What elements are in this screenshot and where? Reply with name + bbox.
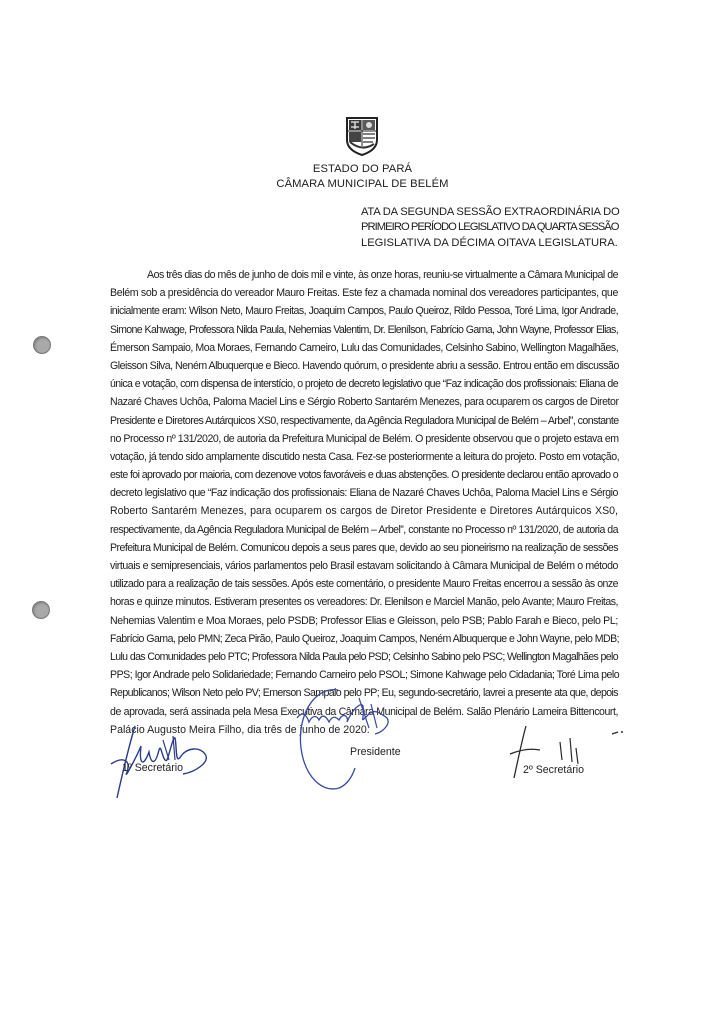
body-line: este foi aprovado por maioria, com dezen… [110,466,618,484]
body-line: respectivamente, da Agência Reguladora M… [110,521,618,539]
president-label: Presidente [350,746,401,758]
body-line: Émerson Sampaio, Moa Moraes, Fernando Ca… [110,339,618,357]
body-line: Lulu das Comunidades pelo PTC; Professor… [110,648,618,666]
body-line: Gleisson Silva, Neném Albuquerque e Biec… [110,357,618,375]
body-line: decreto legislativo que “Faz indicação d… [110,484,618,502]
body-line: virtuais e semipresenciais, vários parla… [110,557,618,575]
body-line: PPS; Igor Andrade pelo Solidariedade; Fe… [110,666,618,684]
body-line: utilizado para a realização de tais sess… [110,575,618,593]
title-line: LEGISLATIVA DA DÉCIMA OITAVA LEGISLATURA… [361,236,618,251]
body-line: Prefeitura Municipal de Belém. Comunicou… [110,539,618,557]
binder-hole-top [33,336,51,354]
body-line: Nazaré Chaves Uchôa, Paloma Maciel Lins … [110,393,618,411]
body-line: horas e quinze minutos. Estiveram presen… [110,593,618,611]
binder-hole-bottom [32,601,50,619]
second-secretary-label: 2º Secretário [523,764,584,776]
body-line: Simone Kahwage, Professora Nilda Paula, … [110,321,618,339]
coat-of-arms-icon [345,116,379,156]
body-line: no Processo nº 131/2020, de autoria da P… [110,430,618,448]
body-line: Roberto Santarém Menezes, para ocuparem … [110,502,618,520]
document-title: ATA DA SEGUNDA SESSÃO EXTRAORDINÁRIA DO … [361,205,618,251]
body-line: Aos três dias do mês de junho de dois mi… [110,266,618,284]
body-line: votação, já tendo sido amplamente discut… [110,448,618,466]
body-line: única e votação, com dispensa de interst… [110,375,618,393]
title-line: PRIMEIRO PERÍODO LEGISLATIVO DA QUARTA S… [361,220,618,235]
body-line: Fabrício Gama, pelo PMN; Zeca Pirão, Pau… [110,630,618,648]
title-line: ATA DA SEGUNDA SESSÃO EXTRAORDINÁRIA DO [361,205,618,220]
signature-president [283,688,403,798]
header-chamber: CÂMARA MUNICIPAL DE BELÉM [0,178,725,190]
body-line: Presidente e Diretores Autárquicos XS0, … [110,412,618,430]
signature-first-secretary [103,716,223,801]
body-line: Nehemias Valentim e Moa Moraes, pelo PSD… [110,612,618,630]
body-line: inicialmente eram: Wilson Neto, Mauro Fr… [110,302,618,320]
body-line: Belém sob a presidência do vereador Maur… [110,284,618,302]
minutes-body: Aos três dias do mês de junho de dois mi… [110,266,618,739]
header-state: ESTADO DO PARÁ [0,163,725,175]
first-secretary-label: 1º Secretário [122,762,183,774]
